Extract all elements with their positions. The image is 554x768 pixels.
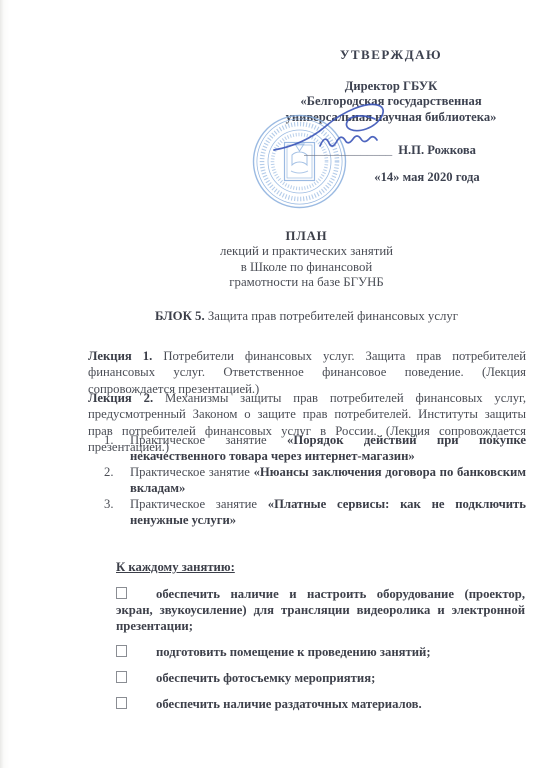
list-item-number: 3. — [104, 497, 114, 513]
checkbox-icon — [116, 587, 127, 599]
document-page: УТВЕРЖДАЮ Директор ГБУК «Белгородская го… — [0, 0, 554, 768]
org-line: Директор ГБУК — [255, 79, 527, 94]
block-heading-text: Защита прав потребителей финансовых услу… — [205, 309, 458, 323]
title-line: в Школе по финансовой — [88, 260, 525, 275]
checklist-item: обеспечить наличие раздаточных материало… — [116, 696, 525, 712]
list-item: 2.Практическое занятие «Нюансы заключени… — [130, 465, 526, 496]
approval-date: «14» мая 2020 года — [352, 170, 502, 185]
lecture-2-label: Лекция 2. — [88, 391, 153, 405]
checklist-item-text: обеспечить наличие и настроить оборудова… — [116, 587, 525, 633]
signer-name: Н.П. Рожкова — [398, 143, 476, 157]
list-item-prefix: Практическое занятие — [130, 497, 268, 511]
title-line: грамотности на базе БГУНБ — [88, 275, 525, 290]
block-heading-number: БЛОК 5. — [155, 309, 205, 323]
checkbox-icon — [116, 671, 127, 683]
title-line: лекций и практических занятий — [88, 244, 525, 259]
lecture-1-label: Лекция 1. — [88, 349, 152, 363]
approve-label: УТВЕРЖДАЮ — [255, 47, 527, 62]
checkbox-icon — [116, 645, 127, 657]
document-title: ПЛАН лекций и практических занятий в Шко… — [88, 229, 525, 291]
list-item-prefix: Практическое занятие — [130, 465, 254, 479]
checklist: обеспечить наличие и настроить оборудова… — [116, 586, 525, 722]
list-item: 1.Практическое занятие «Порядок действий… — [130, 433, 526, 464]
checklist-heading: К каждому занятию: — [116, 560, 235, 575]
list-item-number: 1. — [104, 433, 114, 449]
list-item-number: 2. — [104, 465, 114, 481]
checkbox-icon — [116, 697, 127, 709]
block-heading: БЛОК 5. Защита прав потребителей финансо… — [88, 309, 525, 324]
signature-line: ______________ — [304, 143, 392, 157]
checklist-item: обеспечить фотосъемку мероприятия; — [116, 670, 525, 686]
list-item: 3.Практическое занятие «Платные сервисы:… — [130, 497, 526, 528]
list-item-prefix: Практическое занятие — [130, 433, 287, 447]
checklist-item-text: обеспечить наличие раздаточных материало… — [156, 697, 422, 711]
checklist-item: обеспечить наличие и настроить оборудова… — [116, 586, 525, 635]
title-line: ПЛАН — [88, 229, 525, 244]
practice-list: 1.Практическое занятие «Порядок действий… — [130, 433, 526, 530]
checklist-item-text: подготовить помещение к проведению занят… — [156, 645, 431, 659]
signature-row: ______________Н.П. Рожкова — [250, 143, 530, 158]
checklist-item: подготовить помещение к проведению занят… — [116, 644, 525, 660]
checklist-item-text: обеспечить фотосъемку мероприятия; — [156, 671, 375, 685]
